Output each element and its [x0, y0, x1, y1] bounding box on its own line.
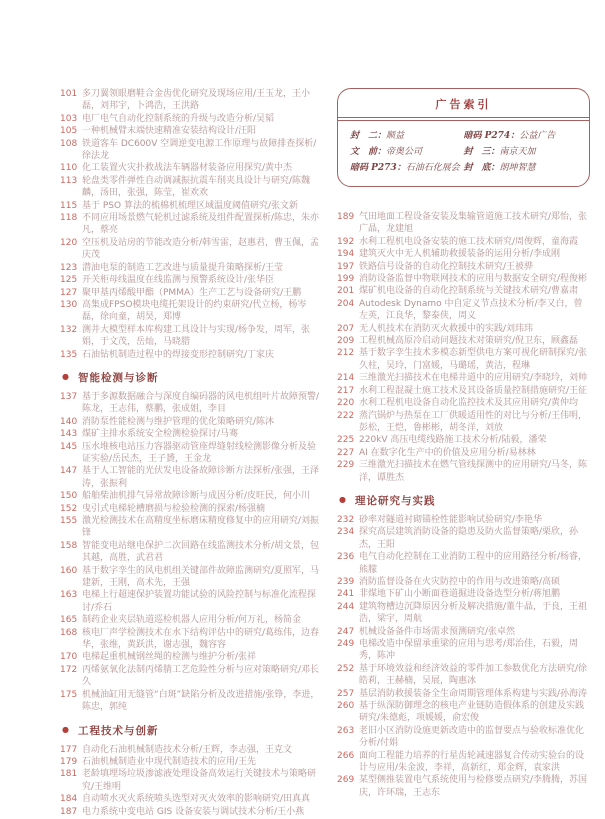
entry-title-authors: 机械油缸用无缝管“白斑”缺陷分析及改进措施/张铮，李进，陈忠，郭纯	[82, 689, 323, 714]
entry-title-authors: 铁道客车 DC600V 空调逆变电源工作原理与故障排查探析/徐法龙	[82, 138, 323, 163]
entry-page-number: 165	[60, 614, 82, 626]
entry-title-authors: 压水堆核电站压力容器驱动管座焊缝射线检测影像分析及验证实验/岳民杰，王子贇，王金…	[82, 441, 323, 466]
entry-title-authors: 三维激光扫描技术在电梯井道中的应用研究/李晓玲，刘帅	[359, 372, 590, 384]
entry-page-number: 236	[337, 551, 359, 576]
toc-entry: 137基于多源数据融合与深度自编码器的风电机组叶片故障预警/陈龙，王志伟，蔡鹏，…	[60, 391, 323, 416]
entry-title-authors: 电梯起重机械钢丝绳的检测与维护分析/张祥	[82, 651, 323, 663]
toc-entry: 184自动喷水灭火系统喷头选型对灭火效率的影响研究/田真真	[60, 793, 323, 805]
section-bullet-icon: ●	[62, 371, 69, 383]
entry-title-authors: 自动化石油机械制造技术分析/王辉，李志强，王克文	[82, 744, 323, 756]
entry-title-authors: 老龄填埋场垃圾渗滤液处理设备高效运行关键技术与策略研究/王维明	[82, 768, 323, 793]
entry-title-authors: 砂率对隧道衬砌锚栓性能影响试验研究/李艳华	[359, 514, 590, 526]
entry-title-authors: 煤矿机电设备的自动化控制系统与关键技术研究/曹嘉肃	[359, 285, 590, 297]
ad-position-label: 封 三：	[464, 147, 500, 157]
toc-entry: 132测井大模型样本库构建工具设计与实现/杨争发，周军，张娟，于文茂，岳灿，马晓…	[60, 324, 323, 349]
ad-index-cell: 暗码 P274：公益广告	[464, 128, 578, 144]
entry-title-authors: 探究高层建筑消防设备的隐患及防火监督策略/栗欣，孙杰，王阳	[359, 526, 590, 551]
entry-title-authors: 水利工程机电设备自动化监控技术及其应用研究/黄仲均	[359, 397, 590, 409]
toc-entry: 266面向工程能力培养的行星齿轮减速器复合传动实验台的设计与应用/朱金波，李祥，…	[337, 750, 590, 775]
toc-entry: 263老旧小区消防设施更新改造中的监督要点与验收标准优化分析/付娟	[337, 725, 590, 750]
entry-title-authors: 蒸汽锅炉与热泵在工厂供暖适用性的对比与分析/王伟明，彭松，王恺，鲁彬彬，胡冬洋，…	[359, 410, 590, 435]
toc-entry: 222蒸汽锅炉与热泵在工厂供暖适用性的对比与分析/王伟明，彭松，王恺，鲁彬彬，胡…	[337, 410, 590, 435]
toc-entry: 118不同应用场景燃气轮机过滤系统及组件配置探析/陈忠，朱亦凡，蔡亮	[60, 212, 323, 237]
entry-page-number: 168	[60, 627, 82, 652]
toc-column-left: 101多刀翼领眼磨鞋合金齿优化研究及现场应用/王玉龙，王小磊，刘邦宇，卜鸿浩，王…	[60, 88, 323, 818]
entry-page-number: 260	[337, 700, 359, 725]
entry-page-number: 197	[337, 261, 359, 273]
entry-page-number: 143	[60, 428, 82, 440]
entry-page-number: 234	[337, 526, 359, 551]
entry-title-authors: 船舶柴油机排气异常故障诊断与成因分析/皮旺民，何小川	[82, 490, 323, 502]
toc-entry: 181老龄填埋场垃圾渗滤液处理设备高效运行关键技术与策略研究/王维明	[60, 768, 323, 793]
entry-title-authors: 基层消防救援装备全生命周期管理体系构建与实践/孙海涛	[359, 688, 590, 700]
toc-entry: 187电力系统中变电站 GIS 设备安装与调试技术分析/王小燕	[60, 806, 323, 818]
entry-title-authors: 智能变电站继电保护二次回路在线监测技术分析/胡文景，包其越，高胜，武君君	[82, 540, 323, 565]
toc-entry: 108铁道客车 DC600V 空调逆变电源工作原理与故障排查探析/徐法龙	[60, 138, 323, 163]
toc-entry: 269某型侧推装置电气系统使用与检修要点研究/李腾腾，苏国庆，许环瑞，王志东	[337, 774, 590, 799]
entry-title-authors: 某型侧推装置电气系统使用与检修要点研究/李腾腾，苏国庆，许环瑞，王志东	[359, 774, 590, 799]
ad-advertiser-name: 南京天加	[500, 147, 536, 157]
entry-page-number: 152	[60, 503, 82, 515]
toc-entry: 140消防泵性能检测与维护管理的优化策略研究/陈沐	[60, 416, 323, 428]
entry-title-authors: 聚甲基丙烯酸甲酯（PMMA）生产工艺与设备研究/王鹏	[82, 287, 323, 299]
entry-page-number: 204	[337, 298, 359, 323]
entry-page-number: 217	[337, 385, 359, 397]
entry-page-number: 150	[60, 490, 82, 502]
toc-entry: 177自动化石油机械制造技术分析/王辉，李志强，王克文	[60, 744, 323, 756]
entry-title-authors: 基于纵深防御理念的核电产业链防造假体系的创建及实践研究/朱德彪，项媛媛，俞宏俊	[359, 700, 590, 725]
toc-entry: 152曳引式电梯轮槽磨损与检验检测的探索/杨强楠	[60, 503, 323, 515]
toc-entry-list-right: 189气田地面工程设备安装及集输管道施工技术研究/郑怡，张广晶，龙建旭192水利…	[337, 211, 590, 799]
entry-page-number: 160	[60, 565, 82, 590]
ad-index-row: 文 前：帝奥公司封 三：南京天加	[350, 144, 577, 160]
toc-entry: 252基于环境效益和经济效益的零件加工参数优化方法研究/徐皓莉，王赫楠，吴展，陶…	[337, 663, 590, 688]
entry-title-authors: 基于数字孪生的风电机组关键部件故障监测研究/夏照军，马建新，王刚，高术先，王强	[82, 565, 323, 590]
entry-title-authors: 消防监督设备在火灾防控中的作用与改进策略/高硕	[359, 576, 590, 588]
section-bullet-icon: ●	[62, 724, 69, 736]
toc-column-right: 广告索引 封 二：顺益暗码 P274：公益广告文 前：帝奥公司封 三：南京天加暗…	[337, 88, 590, 799]
entry-page-number: 125	[60, 274, 82, 286]
entry-title-authors: 非煤地下矿山小断面巷道掘进设备选型分析/蒋旭鹏	[359, 588, 590, 600]
ad-position-label: 暗码 P274：	[464, 131, 520, 141]
entry-title-authors: 老旧小区消防设施更新改造中的监督要点与验收标准优化分析/付娟	[359, 725, 590, 750]
toc-entry: 192水利工程机电设备安装的施工技术研究/周俊辉，童海霞	[337, 236, 590, 248]
entry-title-authors: 水利工程混凝土施工技术及其设备质量控制措施研究/王征	[359, 385, 590, 397]
toc-entry: 199消防设备监督中物联网技术的应用与数据安全研究/程俊彬	[337, 273, 590, 285]
toc-entry: 260基于纵深防御理念的核电产业链防造假体系的创建及实践研究/朱德彪，项媛媛，俞…	[337, 700, 590, 725]
entry-title-authors: 基于 PSO 算法的梳棉机梳理区域温度阈值研究/张文新	[82, 200, 323, 212]
entry-title-authors: 无人机技术在消防灭火救援中的实践/刘玮玮	[359, 323, 590, 335]
toc-entry: 110化工装置火灾扑救战法车辆器材装备应用探究/黄中杰	[60, 162, 323, 174]
entry-title-authors: 220kV 高压电缆线路施工技术分析/陆毅，潘荣	[359, 434, 590, 446]
entry-title-authors: 消防泵性能检测与维护管理的优化策略研究/陈沐	[82, 416, 323, 428]
toc-entry: 212基于数字孪生技术多模态新型供电方案可视化研制探究/张久柱，吴玲，门富媛，马…	[337, 347, 590, 372]
entry-title-authors: 空压机及站房的节能改造分析/韩雪雷，赵惠君，曹玉佩，孟庆茂	[82, 237, 323, 262]
entry-title-authors: 电力系统中变电站 GIS 设备安装与调试技术分析/王小燕	[82, 806, 323, 818]
entry-page-number: 137	[60, 391, 82, 416]
toc-entry: 220水利工程机电设备自动化监控技术及其应用研究/黄仲均	[337, 397, 590, 409]
toc-entry: 225220kV 高压电缆线路施工技术分析/陆毅，潘荣	[337, 434, 590, 446]
entry-page-number: 201	[337, 285, 359, 297]
entry-page-number: 209	[337, 335, 359, 347]
toc-entry: 249电梯改造中保留承重梁的应用与思考/郑治佳，石毅，周秀，陈冲	[337, 638, 590, 663]
toc-entry: 147基于人工智能的光伏发电设备故障诊断方法探析/张强，王泽涛，张振利	[60, 465, 323, 490]
ad-position-label: 封 二：	[350, 131, 386, 141]
entry-title-authors: 石油钻机制造过程中的焊接变形控制研究/丁家庆	[82, 349, 323, 361]
entry-title-authors: 消防设备监督中物联网技术的应用与数据安全研究/程俊彬	[359, 273, 590, 285]
section-header: ●智能检测与诊断	[60, 370, 323, 385]
entry-title-authors: 高集成FPSO模块电缆托架设计的约束研究/代立杨，杨岑磊，徐向童，胡昊，郑博	[82, 299, 323, 324]
ad-advertiser-name: 公益广告	[519, 131, 555, 141]
entry-title-authors: 一种机械臂末端快速精准安装结构设计/汪阳	[82, 125, 323, 137]
ad-position-label: 暗码 P273：	[350, 163, 406, 173]
entry-title-authors: 电梯上行超速保护装置功能试验的风险控制与标准化流程探讨/乔石	[82, 589, 323, 614]
ad-position-label: 文 前：	[350, 147, 386, 157]
entry-title-authors: 丙烯氨氧化法制丙烯腈工艺危险性分析与应对策略研究/邓长久	[82, 664, 323, 689]
entry-page-number: 130	[60, 299, 82, 324]
ad-index-row: 封 二：顺益暗码 P274：公益广告	[350, 128, 577, 144]
entry-title-authors: 化工装置火灾扑救战法车辆器材装备应用探究/黄中杰	[82, 162, 323, 174]
toc-entry: 247机械设备备件市场需求预测研究/张卓然	[337, 626, 590, 638]
toc-entry: 236电气自动化控制在工业消防工程中的应用路径分析/杨睿，熊朦	[337, 551, 590, 576]
toc-entry: 113轮盘类零件弹性自动调减振抗震车削夹具设计与研究/陈魏麟，汤田，张强，陈莹，…	[60, 175, 323, 200]
entry-page-number: 108	[60, 138, 82, 163]
toc-entry: 127聚甲基丙烯酸甲酯（PMMA）生产工艺与设备研究/王鹏	[60, 287, 323, 299]
ad-index-row: 暗码 P273：石油石化展会封 底：朗坤智慧	[350, 160, 577, 176]
entry-title-authors: Autodesk Dynamo 中自定义节点技术分析/李又白，曾左英，江良华，黎…	[359, 298, 590, 323]
ad-index-cell: 封 三：南京天加	[464, 144, 578, 160]
toc-entry: 160基于数字孪生的风电机组关键部件故障监测研究/夏照军，马建新，王刚，高术先，…	[60, 565, 323, 590]
entry-page-number: 132	[60, 324, 82, 349]
ad-index-divider	[338, 117, 589, 121]
entry-title-authors: 三维激光扫描技术在燃气管线探测中的应用研究/马冬，陈洋，谭胜杰	[359, 459, 590, 484]
toc-entry: 234探究高层建筑消防设备的隐患及防火监督策略/栗欣，孙杰，王阳	[337, 526, 590, 551]
section-header: ●理论研究与实践	[337, 493, 590, 508]
ad-index-cell: 封 底：朗坤智慧	[464, 160, 578, 176]
toc-entry: 172丙烯氨氧化法制丙烯腈工艺危险性分析与应对策略研究/邓长久	[60, 664, 323, 689]
toc-page: 101多刀翼领眼磨鞋合金齿优化研究及现场应用/王玉龙，王小磊，刘邦宇，卜鸿浩，王…	[0, 0, 605, 819]
entry-title-authors: 煤矿主排水系统安全检测检验探讨/马骞	[82, 428, 323, 440]
entry-page-number: 241	[337, 588, 359, 600]
entry-page-number: 118	[60, 212, 82, 237]
section-bullet-icon: ●	[339, 494, 346, 506]
section-header: ●工程技术与创新	[60, 723, 323, 738]
toc-entry: 207无人机技术在消防灭火救援中的实践/刘玮玮	[337, 323, 590, 335]
entry-page-number: 194	[337, 248, 359, 260]
entry-page-number: 212	[337, 347, 359, 372]
entry-page-number: 184	[60, 793, 82, 805]
entry-title-authors: 基于多源数据融合与深度自编码器的风电机组叶片故障预警/陈龙，王志伟，蔡鹏，张成姐…	[82, 391, 323, 416]
section-label: 智能检测与诊断	[78, 370, 159, 385]
toc-entry: 101多刀翼领眼磨鞋合金齿优化研究及现场应用/王玉龙，王小磊，刘邦宇，卜鸿浩，王…	[60, 88, 323, 113]
entry-title-authors: 激光检测技术在高精度坐标磨床精度修复中的应用研究/刘振锋	[82, 515, 323, 540]
entry-page-number: 220	[337, 397, 359, 409]
toc-entry: 150船舶柴油机排气异常故障诊断与成因分析/皮旺民，何小川	[60, 490, 323, 502]
entry-page-number: 101	[60, 88, 82, 113]
toc-entry: 125开关柜母线温度在线监测与预警系统设计/张华臣	[60, 274, 323, 286]
entry-page-number: 147	[60, 465, 82, 490]
entry-title-authors: 基于环境效益和经济效益的零件加工参数优化方法研究/徐皓莉，王赫楠，吴展，陶惠冰	[359, 663, 590, 688]
toc-entry: 229三维激光扫描技术在燃气管线探测中的应用研究/马冬，陈洋，谭胜杰	[337, 459, 590, 484]
ad-advertiser-name: 顺益	[386, 131, 404, 141]
entry-page-number: 263	[337, 725, 359, 750]
ad-index-title: 广告索引	[350, 96, 577, 117]
entry-title-authors: 电厂电气自动化控制系统的升级与改造分析/吴韬	[82, 113, 323, 125]
ad-index-rows: 封 二：顺益暗码 P274：公益广告文 前：帝奥公司封 三：南京天加暗码 P27…	[350, 128, 577, 176]
entry-title-authors: 潜油电泵的制造工艺改进与质量提升策略探析/王莹	[82, 262, 323, 274]
entry-page-number: 227	[337, 447, 359, 459]
entry-title-authors: 建筑灭火中无人机辅助救援装备的运用分析/李成刚	[359, 248, 590, 260]
entry-page-number: 225	[337, 434, 359, 446]
entry-page-number: 207	[337, 323, 359, 335]
entry-page-number: 232	[337, 514, 359, 526]
entry-page-number: 266	[337, 750, 359, 775]
entry-title-authors: 电梯改造中保留承重梁的应用与思考/郑治佳，石毅，周秀，陈冲	[359, 638, 590, 663]
toc-entry: 145压水堆核电站压力容器驱动管座焊缝射线检测影像分析及验证实验/岳民杰，王子贇…	[60, 441, 323, 466]
toc-entry: 209工程机械高原冷启动问题技术对策研究/倪卫东，顾鑫磊	[337, 335, 590, 347]
toc-entry: 217水利工程混凝土施工技术及其设备质量控制措施研究/王征	[337, 385, 590, 397]
toc-entry: 201煤矿机电设备的自动化控制系统与关键技术研究/曹嘉肃	[337, 285, 590, 297]
toc-entry: 155激光检测技术在高精度坐标磨床精度修复中的应用研究/刘振锋	[60, 515, 323, 540]
entry-page-number: 170	[60, 651, 82, 663]
entry-title-authors: 石油机械制造业中现代制造技术的应用/王先	[82, 756, 323, 768]
entry-page-number: 172	[60, 664, 82, 689]
ad-index-cell: 文 前：帝奥公司	[350, 144, 464, 160]
entry-page-number: 135	[60, 349, 82, 361]
entry-page-number: 155	[60, 515, 82, 540]
entry-page-number: 175	[60, 689, 82, 714]
entry-page-number: 127	[60, 287, 82, 299]
ad-index-box: 广告索引 封 二：顺益暗码 P274：公益广告文 前：帝奥公司封 三：南京天加暗…	[337, 88, 590, 187]
entry-title-authors: 基于人工智能的光伏发电设备故障诊断方法探析/张强，王泽涛，张振利	[82, 465, 323, 490]
toc-entry: 239消防监督设备在火灾防控中的作用与改进策略/高硕	[337, 576, 590, 588]
entry-page-number: 163	[60, 589, 82, 614]
toc-entry: 179石油机械制造业中现代制造技术的应用/王先	[60, 756, 323, 768]
entry-page-number: 269	[337, 774, 359, 799]
ad-advertiser-name: 朗坤智慧	[500, 163, 536, 173]
section-label: 工程技术与创新	[78, 723, 159, 738]
entry-title-authors: 轮盘类零件弹性自动调减振抗震车削夹具设计与研究/陈魏麟，汤田，张强，陈莹，崔欢欢	[82, 175, 323, 200]
entry-page-number: 177	[60, 744, 82, 756]
entry-title-authors: 曳引式电梯轮槽磨损与检验检测的探索/杨强楠	[82, 503, 323, 515]
entry-page-number: 123	[60, 262, 82, 274]
entry-page-number: 140	[60, 416, 82, 428]
entry-title-authors: 水利工程机电设备安装的施工技术研究/周俊辉，童海霞	[359, 236, 590, 248]
entry-page-number: 158	[60, 540, 82, 565]
toc-entry: 197铁路信号设备的自动化控制技术研究/王被骅	[337, 261, 590, 273]
toc-entry: 189气田地面工程设备安装及集输管道施工技术研究/郑怡，张广晶，龙建旭	[337, 211, 590, 236]
toc-entry: 214三维激光扫描技术在电梯井道中的应用研究/李晓玲，刘帅	[337, 372, 590, 384]
toc-entry: 244建筑物槽边沉降原因分析及解决措施/董牛晶，于良，王祖浩，梁宇，周航	[337, 601, 590, 626]
entry-title-authors: 基于数字孪生技术多模态新型供电方案可视化研制探究/张久柱，吴玲，门富媛，马璐瑶，…	[359, 347, 590, 372]
entry-page-number: 249	[337, 638, 359, 663]
entry-page-number: 105	[60, 125, 82, 137]
entry-page-number: 181	[60, 768, 82, 793]
entry-title-authors: 制药企业夹层轨道巡检机器人应用分析/何万礼，杨简金	[82, 614, 323, 626]
toc-entry: 120空压机及站房的节能改造分析/韩雪雷，赵惠君，曹玉佩，孟庆茂	[60, 237, 323, 262]
entry-title-authors: 气田地面工程设备安装及集输管道施工技术研究/郑怡，张广晶，龙建旭	[359, 211, 590, 236]
entry-title-authors: 铁路信号设备的自动化控制技术研究/王被骅	[359, 261, 590, 273]
entry-page-number: 120	[60, 237, 82, 262]
entry-page-number: 179	[60, 756, 82, 768]
entry-title-authors: 电气自动化控制在工业消防工程中的应用路径分析/杨睿，熊朦	[359, 551, 590, 576]
entry-page-number: 252	[337, 663, 359, 688]
section-label: 理论研究与实践	[355, 493, 436, 508]
ad-advertiser-name: 帝奥公司	[386, 147, 422, 157]
toc-entry: 135石油钻机制造过程中的焊接变形控制研究/丁家庆	[60, 349, 323, 361]
entry-page-number: 257	[337, 688, 359, 700]
ad-position-label: 封 底：	[464, 163, 500, 173]
toc-entry: 194建筑灭火中无人机辅助救援装备的运用分析/李成刚	[337, 248, 590, 260]
entry-title-authors: 建筑物槽边沉降原因分析及解决措施/董牛晶，于良，王祖浩，梁宇，周航	[359, 601, 590, 626]
entry-title-authors: 自动喷水灭火系统喷头选型对灭火效率的影响研究/田真真	[82, 793, 323, 805]
entry-page-number: 115	[60, 200, 82, 212]
entry-title-authors: 机械设备备件市场需求预测研究/张卓然	[359, 626, 590, 638]
toc-entry: 170电梯起重机械钢丝绳的检测与维护分析/张祥	[60, 651, 323, 663]
toc-entry: 163电梯上行超速保护装置功能试验的风险控制与标准化流程探讨/乔石	[60, 589, 323, 614]
toc-entry: 143煤矿主排水系统安全检测检验探讨/马骞	[60, 428, 323, 440]
entry-page-number: 229	[337, 459, 359, 484]
toc-entry: 115基于 PSO 算法的梳棉机梳理区域温度阈值研究/张文新	[60, 200, 323, 212]
entry-page-number: 199	[337, 273, 359, 285]
entry-title-authors: 测井大模型样本库构建工具设计与实现/杨争发，周军，张娟，于文茂，岳灿，马晓腊	[82, 324, 323, 349]
toc-entry: 232砂率对隧道衬砌锚栓性能影响试验研究/李艳华	[337, 514, 590, 526]
toc-entry: 227AI 在数字化生产中的价值及应用分析/易林林	[337, 447, 590, 459]
toc-entry: 130高集成FPSO模块电缆托架设计的约束研究/代立杨，杨岑磊，徐向童，胡昊，郑…	[60, 299, 323, 324]
ad-index-cell: 封 二：顺益	[350, 128, 464, 144]
entry-title-authors: 工程机械高原冷启动问题技术对策研究/倪卫东，顾鑫磊	[359, 335, 590, 347]
toc-entry: 168核电厂声学检测技术在水下结构评估中的研究/葛练伟，边春华，张维，黄跃洪，谢…	[60, 627, 323, 652]
toc-entry: 165制药企业夹层轨道巡检机器人应用分析/何万礼，杨简金	[60, 614, 323, 626]
toc-entry: 158智能变电站继电保护二次回路在线监测技术分析/胡文景，包其越，高胜，武君君	[60, 540, 323, 565]
entry-page-number: 239	[337, 576, 359, 588]
toc-entry: 105一种机械臂末端快速精准安装结构设计/汪阳	[60, 125, 323, 137]
entry-page-number: 145	[60, 441, 82, 466]
entry-page-number: 192	[337, 236, 359, 248]
toc-entry: 241非煤地下矿山小断面巷道掘进设备选型分析/蒋旭鹏	[337, 588, 590, 600]
entry-title-authors: 核电厂声学检测技术在水下结构评估中的研究/葛练伟，边春华，张维，黄跃洪，谢志强，…	[82, 627, 323, 652]
ad-index-cell: 暗码 P273：石油石化展会	[350, 160, 464, 176]
entry-page-number: 187	[60, 806, 82, 818]
entry-title-authors: 开关柜母线温度在线监测与预警系统设计/张华臣	[82, 274, 323, 286]
toc-entry: 204Autodesk Dynamo 中自定义节点技术分析/李又白，曾左英，江良…	[337, 298, 590, 323]
entry-page-number: 247	[337, 626, 359, 638]
entry-title-authors: 面向工程能力培养的行星齿轮减速器复合传动实验台的设计与应用/朱金波，李祥，高新红…	[359, 750, 590, 775]
entry-title-authors: 不同应用场景燃气轮机过滤系统及组件配置探析/陈忠，朱亦凡，蔡亮	[82, 212, 323, 237]
entry-title-authors: AI 在数字化生产中的价值及应用分析/易林林	[359, 447, 590, 459]
toc-entry: 175机械油缸用无缝管“白斑”缺陷分析及改进措施/张铮，李进，陈忠，郭纯	[60, 689, 323, 714]
entry-page-number: 244	[337, 601, 359, 626]
entry-page-number: 222	[337, 410, 359, 435]
ad-advertiser-name: 石油石化展会	[406, 163, 460, 173]
entry-title-authors: 多刀翼领眼磨鞋合金齿优化研究及现场应用/王玉龙，王小磊，刘邦宇，卜鸿浩，王洪路	[82, 88, 323, 113]
entry-page-number: 110	[60, 162, 82, 174]
toc-entry: 103电厂电气自动化控制系统的升级与改造分析/吴韬	[60, 113, 323, 125]
entry-page-number: 113	[60, 175, 82, 200]
entry-page-number: 214	[337, 372, 359, 384]
entry-page-number: 189	[337, 211, 359, 236]
toc-entry: 123潜油电泵的制造工艺改进与质量提升策略探析/王莹	[60, 262, 323, 274]
entry-page-number: 103	[60, 113, 82, 125]
toc-entry: 257基层消防救援装备全生命周期管理体系构建与实践/孙海涛	[337, 688, 590, 700]
